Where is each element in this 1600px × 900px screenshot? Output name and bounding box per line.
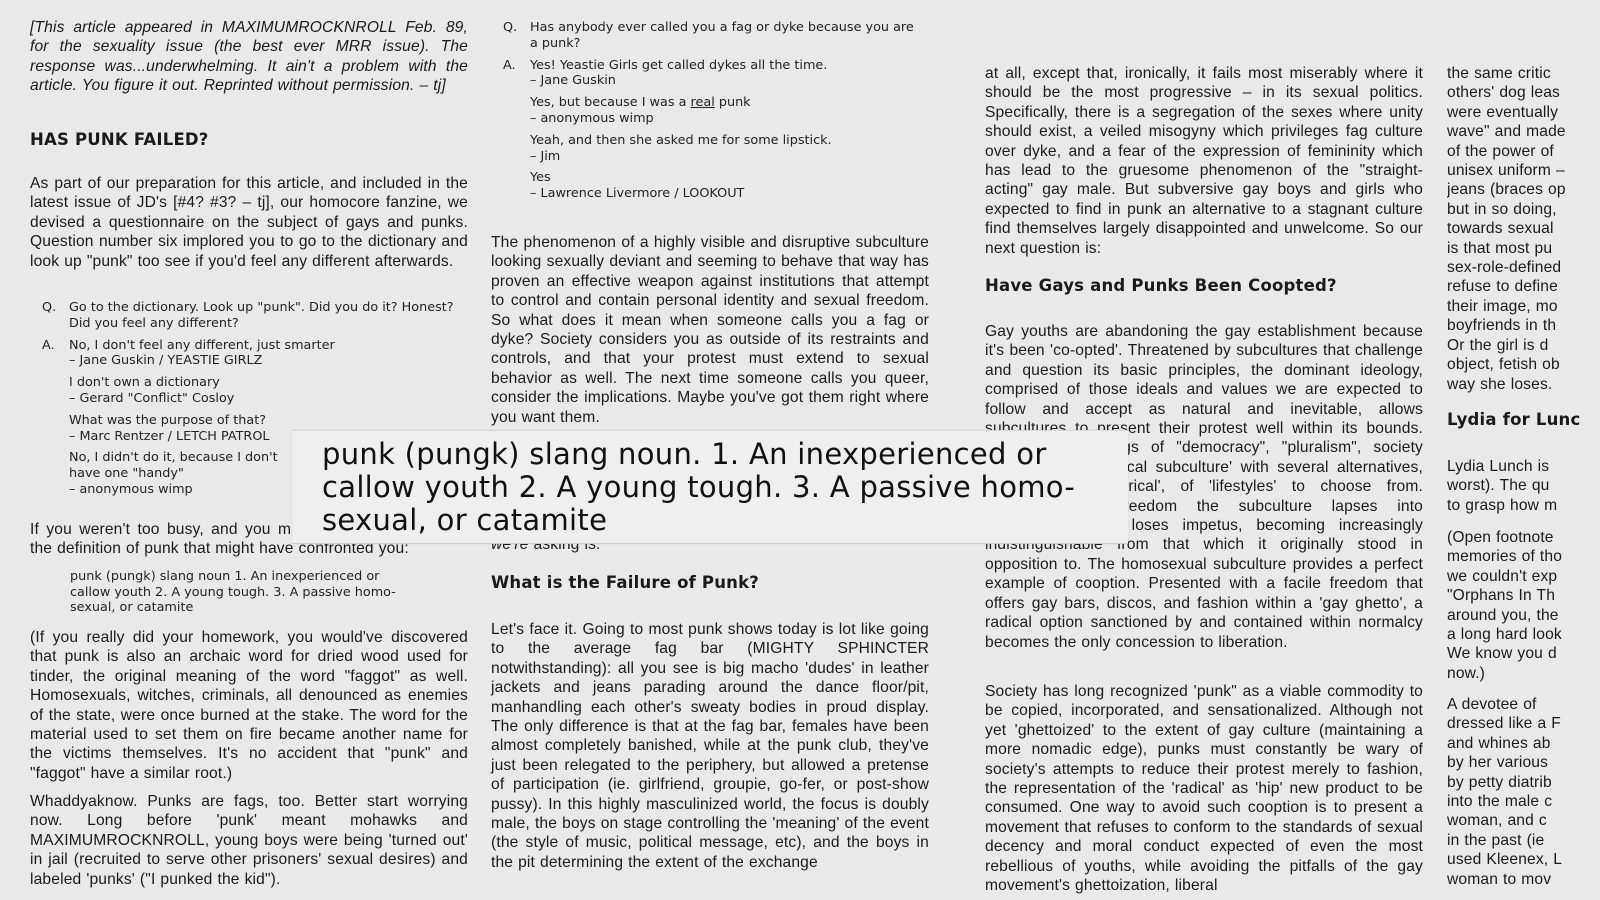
society-paragraph: Society has long recognized 'punk" as a … [985,682,1423,895]
phenomenon-paragraph: The phenomenon of a highly visible and d… [491,233,929,427]
column4-paragraph-c: (Open footnotememories of thowe couldn't… [1447,528,1562,683]
q-label: Q. [503,20,530,52]
failure-paragraph: Let's face it. Going to most punk shows … [491,620,929,872]
column-4: the same criticothers' dog leaswere even… [1447,0,1600,900]
magnified-definition-text: punk (pungk) slang noun. 1. An inexperie… [322,438,1075,537]
answer: Yes, but because I was a real punk– anon… [530,95,923,127]
a-label: A. [503,58,530,208]
answer: I don't own a dictionary– Gerard "Confli… [69,375,462,407]
column4-paragraph-a: the same criticothers' dog leaswere even… [1447,64,1566,394]
section-heading-failure: What is the Failure of Punk? [491,573,759,592]
section-heading-lydia: Lydia for Lunc [1447,410,1580,429]
editor-note: [This article appeared in MAXIMUMROCKNRO… [30,18,468,96]
question-text: Has anybody ever called you a fag or dyk… [530,20,923,52]
homework-paragraph: (If you really did your homework, you wo… [30,628,468,783]
question-text: Go to the dictionary. Look up "punk". Di… [69,300,462,332]
answer: Yes– Lawrence Livermore / LOOKOUT [530,170,923,202]
magnified-definition-overlay: punk (pungk) slang noun. 1. An inexperie… [292,430,1128,544]
column4-paragraph-b: Lydia Lunch isworst). The quto grasp how… [1447,457,1557,515]
section-heading-coopted: Have Gays and Punks Been Coopted? [985,276,1337,295]
questionnaire-fag-dyke: Q. Has anybody ever called you a fag or … [503,20,923,208]
answer: No, I don't feel any different, just sma… [69,338,462,370]
whaddyaknow-paragraph: Whaddyaknow. Punks are fags, too. Better… [30,792,468,889]
failing-paragraph: at all, except that, ironically, it fail… [985,64,1423,258]
answer: No, I didn't do it, because I don't have… [69,450,289,497]
answer: Yeah, and then she asked me for some lip… [530,133,923,165]
answer: Yes! Yeastie Girls get called dykes all … [530,58,923,90]
a-label: A. [42,338,69,504]
q-label: Q. [42,300,69,332]
dictionary-definition: punk (pungk) slang noun 1. An inexperien… [70,569,470,616]
intro-paragraph: As part of our preparation for this arti… [30,174,468,271]
column4-paragraph-d: A devotee ofdressed like a Fand whines a… [1447,695,1562,889]
cut-off-line: for the New Lavender Panthers [30,0,246,5]
article-title: HAS PUNK FAILED? [30,130,209,149]
